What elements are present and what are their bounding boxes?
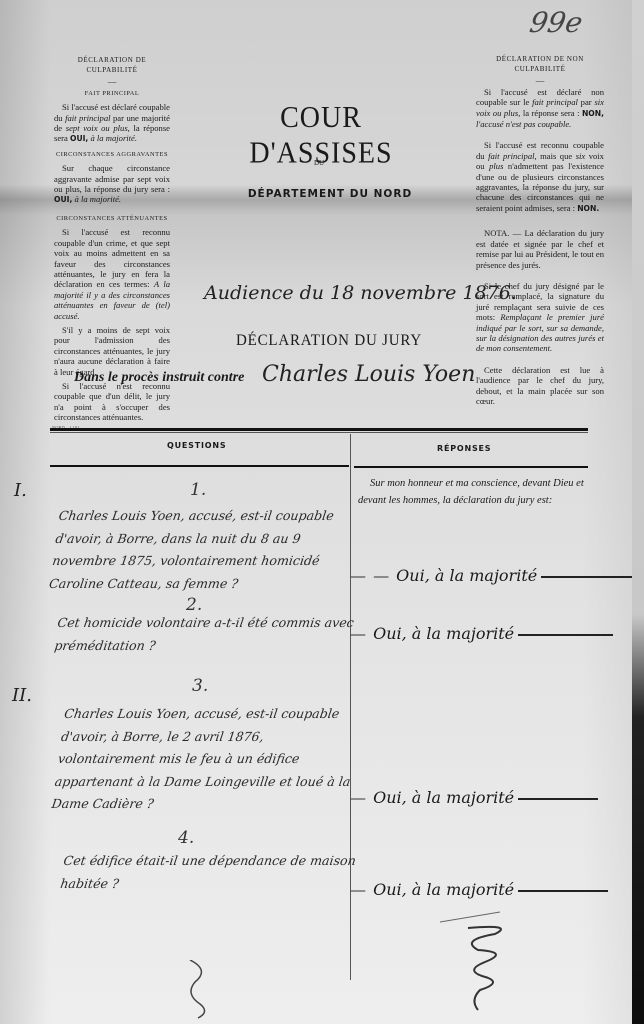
- proces-label: Dans le procès instruit contre: [74, 370, 244, 386]
- question-text: Cet homicide volontaire a-t-il été commi…: [53, 612, 359, 657]
- question-text: Charles Louis Yoen, accusé, est-il coupa…: [50, 703, 366, 816]
- jury-foreman-signature: [440, 910, 530, 1020]
- non-culpability-text-1: Si l'accusé est déclaré non coupable sur…: [476, 87, 604, 130]
- fait-principal-text: Si l'accusé est déclaré coupable du fait…: [54, 102, 170, 145]
- jury-oath: Sur mon honneur et ma conscience, devant…: [358, 475, 598, 509]
- table-top-rule-thin: [50, 432, 588, 433]
- question-text: Cet édifice était-il une dépendance de m…: [59, 850, 365, 895]
- page-number: 99e: [527, 6, 585, 39]
- divider: —: [476, 77, 604, 83]
- audience-date: Audience du 18 novembre 1876.: [204, 282, 517, 304]
- question-number: 1.: [190, 480, 206, 500]
- attenuantes-text-1: Si l'accusé est reconnu coupable d'un cr…: [54, 227, 170, 321]
- question-text: Charles Louis Yoen, accusé, est-il coupa…: [48, 505, 361, 595]
- du-label: DU: [314, 159, 324, 167]
- aggravantes-heading: CIRCONSTANCES AGGRAVANTES: [54, 150, 170, 160]
- department-label: DÉPARTEMENT DU NORD: [230, 188, 430, 200]
- answer-text: — Oui, à la majorité: [350, 624, 613, 643]
- question-number: 3.: [192, 676, 208, 696]
- nota-text: NOTA. — La déclaration du jury est datée…: [476, 228, 604, 270]
- document-page: 99e DÉCLARATION DE CULPABILITÉ — FAIT PR…: [0, 0, 632, 1024]
- declaration-title: DÉCLARATION DU JURY: [236, 333, 422, 351]
- question-number: 4.: [178, 828, 194, 848]
- table-top-rule: [50, 428, 588, 431]
- fait-principal-heading: FAIT PRINCIPAL: [54, 89, 170, 99]
- culpability-heading: DÉCLARATION DE CULPABILITÉ: [54, 55, 170, 76]
- divider: —: [54, 78, 170, 84]
- non-culpability-heading: DÉCLARATION DE NON CULPABILITÉ: [476, 54, 604, 75]
- page-edge: [632, 0, 644, 1024]
- group-marker: II.: [12, 685, 32, 706]
- group-marker: I.: [14, 480, 27, 501]
- non-culpability-text-2: Si l'accusé est reconnu coupable du fait…: [476, 140, 604, 214]
- answer-text: — Oui, à la majorité: [350, 788, 598, 807]
- questions-header: QUESTIONS: [167, 441, 226, 450]
- ink-mark: [180, 960, 220, 1020]
- reading-text: Cette déclaration est lue à l'audience p…: [476, 365, 604, 407]
- responses-header-rule: [354, 466, 588, 468]
- non-culpability-instructions: DÉCLARATION DE NON CULPABILITÉ — Si l'ac…: [476, 54, 604, 410]
- responses-header: RÉPONSES: [437, 444, 491, 453]
- attenuantes-heading: CIRCONSTANCES ATTÉNUANTES: [54, 214, 170, 224]
- answer-text: — Oui, à la majorité: [350, 880, 608, 899]
- questions-header-rule: [50, 465, 349, 467]
- aggravantes-text: Sur chaque circonstance aggravante admis…: [54, 163, 170, 206]
- answer-text: — — Oui, à la majorité: [350, 566, 636, 585]
- attenuantes-text-3: Si l'accusé n'est reconnu coupable que d…: [54, 381, 170, 423]
- accused-name: Charles Louis Yoen: [262, 362, 475, 387]
